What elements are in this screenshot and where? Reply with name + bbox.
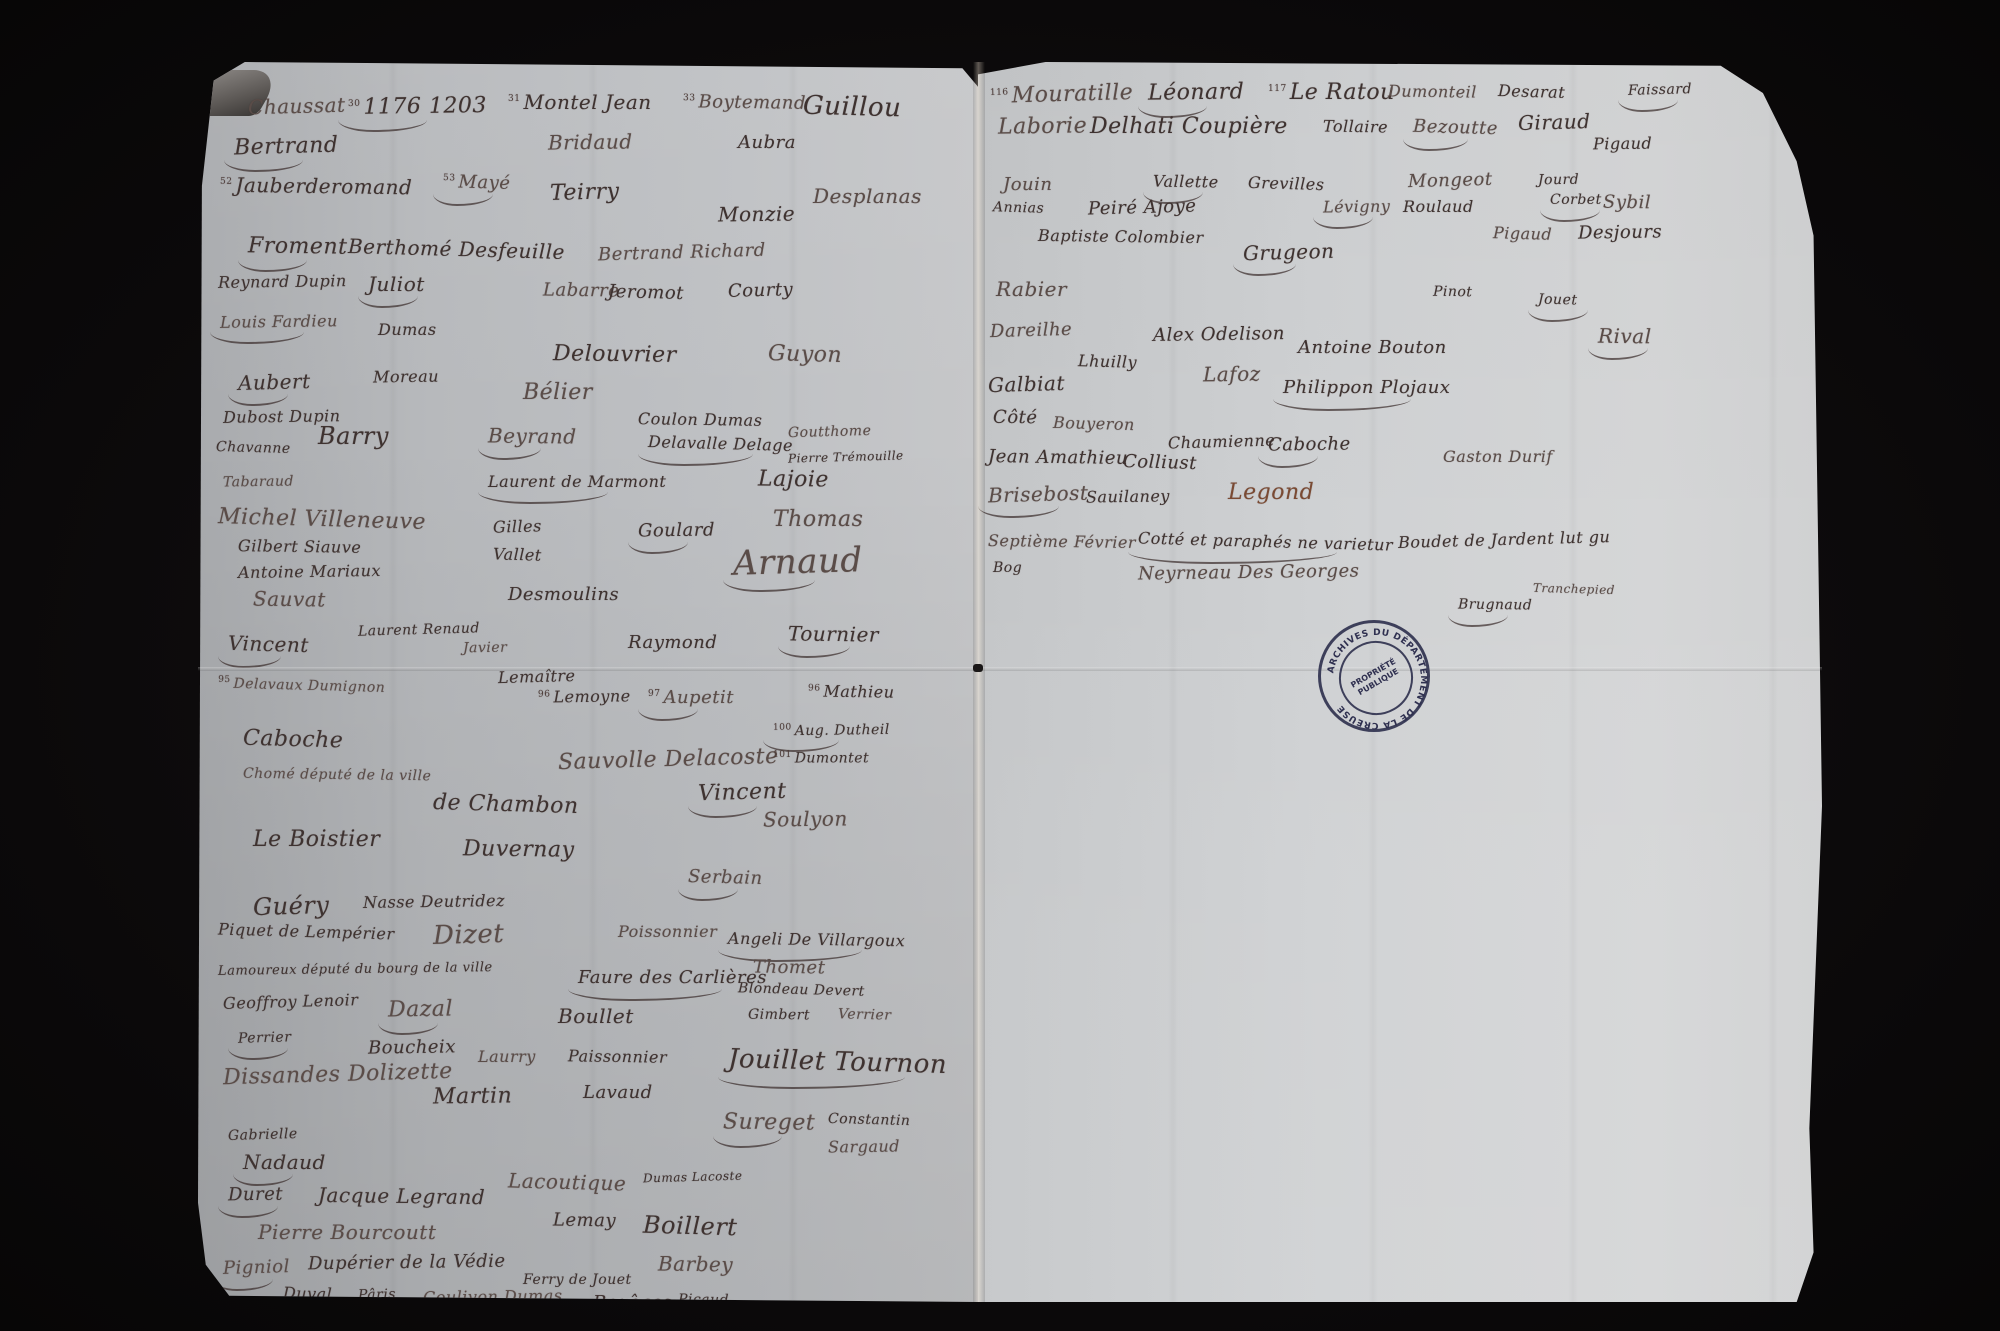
signature: Grevilles xyxy=(1248,173,1325,194)
signature: Neyrneau Des Georges xyxy=(1138,560,1360,584)
signature-text: Jourd xyxy=(1538,172,1579,189)
signature-text: Coulivon Dumas xyxy=(423,1286,563,1302)
signature: Constantin xyxy=(828,1111,911,1129)
signature-text: Lajoie xyxy=(758,467,829,493)
signature: Lafoz xyxy=(1203,362,1261,387)
signature-text: Jacque Legrand xyxy=(318,1183,485,1209)
signature: Bezoutte xyxy=(1413,116,1498,139)
signature: Rabier xyxy=(996,277,1067,301)
signature-text: Lévigny xyxy=(1323,197,1391,217)
signature: Dumas Lacoste xyxy=(643,1169,743,1186)
signature: Chaussat xyxy=(248,93,346,120)
signature-text: Antoine Bouton xyxy=(1298,337,1447,358)
signature: Gilbert Siauve xyxy=(238,536,362,557)
signature: Philippon Plojaux xyxy=(1283,377,1450,398)
signature: Jourd xyxy=(1538,172,1579,189)
signature-text: Aug. Dutheil xyxy=(795,722,890,739)
signature: Antoine Mariaux xyxy=(238,561,381,582)
signature-text: Tabaraud xyxy=(223,474,294,491)
signature-text: Laurent Renaud xyxy=(358,620,480,639)
signature-text: Gaston Durif xyxy=(1443,447,1553,466)
signature: Tabaraud xyxy=(223,474,294,491)
signature: Pinot xyxy=(1433,284,1473,301)
signature: Reynard Dupin xyxy=(218,271,347,292)
signature-text: Mongeot xyxy=(1408,169,1493,192)
signature-text: Serbain xyxy=(688,866,763,889)
signature-text: Nasse Deutridez xyxy=(363,891,505,912)
signature-text: Aubra xyxy=(738,132,796,153)
signature-text: Chavanne xyxy=(216,439,291,457)
signature-text: Sargaud xyxy=(828,1136,900,1156)
signature-text: Le Boistier xyxy=(253,827,380,852)
signature-text: Mayé xyxy=(458,171,511,193)
signature: Tranchepied xyxy=(1533,581,1615,597)
signature-text: Tournier xyxy=(788,621,879,646)
signature-text: Baptiste Colombier xyxy=(1038,226,1204,247)
signature: 100Aug. Dutheil xyxy=(773,721,890,739)
signature: Goulard xyxy=(638,519,715,541)
signature-text: Chaussat xyxy=(248,93,346,120)
signature-text: Mouratille xyxy=(1011,80,1133,108)
signature-text: Duret xyxy=(228,1184,283,1206)
signature: Alex Odelison xyxy=(1153,323,1285,346)
signature-text: Nadaud xyxy=(243,1150,326,1174)
signature: Pigniol xyxy=(223,1256,290,1279)
signature: Le Boistier xyxy=(253,827,380,852)
signature: Bozâges xyxy=(593,1292,672,1302)
signature: Lemay xyxy=(553,1210,616,1232)
signature: Gimbert xyxy=(748,1007,810,1024)
signature-text: Philippon Plojaux xyxy=(1283,377,1450,398)
signature: Vincent xyxy=(698,779,787,806)
signature: Nasse Deutridez xyxy=(363,891,505,912)
signature-text: Aupetit xyxy=(663,687,734,708)
signature-text: Galbiat xyxy=(988,371,1066,397)
signature-text: Peiré Ajoye xyxy=(1088,195,1197,219)
signature-text: Vincent xyxy=(228,631,309,657)
signature: Desplanas xyxy=(813,184,922,208)
signature: Perrier xyxy=(238,1029,292,1046)
signature-text: Caboche xyxy=(243,726,344,754)
signature: Desarat xyxy=(1498,81,1566,102)
signature: Courty xyxy=(728,279,794,302)
signature: Laurent de Marmont xyxy=(488,472,666,491)
signature-text: Tranchepied xyxy=(1533,581,1615,597)
signature: Jouin xyxy=(1003,174,1053,195)
signature: Bog xyxy=(993,560,1022,576)
signature: Annias xyxy=(993,199,1045,216)
signature-text: Thomet xyxy=(753,956,826,978)
signature: Mongeot xyxy=(1408,169,1493,192)
signature: Bridaud xyxy=(548,129,633,154)
signature-text: Montel Jean xyxy=(523,90,651,114)
signature: Sargaud xyxy=(828,1136,900,1156)
signature: Tournier xyxy=(788,621,879,646)
signature: Dumas xyxy=(378,320,437,339)
signature-text: Caboche xyxy=(1268,433,1351,455)
signature: Roulaud xyxy=(1403,197,1474,216)
signature-text: Pinot xyxy=(1433,284,1473,301)
signature: Javier xyxy=(463,640,508,657)
signature: Laborie xyxy=(998,113,1087,139)
signature: Pigaud xyxy=(1593,134,1652,154)
signature: Vincent xyxy=(228,631,309,657)
signature-text: Angeli De Villargoux xyxy=(728,929,906,950)
signature: Martin xyxy=(433,1083,513,1109)
signature: Giraud xyxy=(1518,109,1591,135)
signature: Juliot xyxy=(368,272,425,296)
signature-text: Pigaud xyxy=(1493,223,1553,244)
signature-text: Goulard xyxy=(638,519,715,541)
signature-text: Septième Février xyxy=(988,531,1136,552)
signature: Bertrand xyxy=(234,133,339,161)
signature-text: Sybil xyxy=(1603,192,1651,214)
signature: Dupérier de la Védie xyxy=(308,1251,506,1275)
signature-text: Dumontet xyxy=(795,751,870,767)
signature-text: Pierre Bourcoutt xyxy=(258,1220,436,1244)
signature: Gaston Durif xyxy=(1443,447,1553,466)
signature: Brugnaud xyxy=(1458,596,1533,613)
signature: 96Lemoyne xyxy=(538,686,631,706)
signature-text: Pigniol xyxy=(223,1256,290,1279)
signature-text: Chomé député de la ville xyxy=(243,766,432,785)
signature-text: Jouet xyxy=(1538,291,1578,308)
signature-text: Monzie xyxy=(718,201,795,226)
signature-text: Verrier xyxy=(838,1006,892,1023)
signature-text: Jauberderomand xyxy=(235,173,412,199)
signature: Dazal xyxy=(388,997,453,1023)
signature: Chaumienne xyxy=(1168,431,1276,453)
signature-number: 116 xyxy=(990,87,1009,98)
signature: Laurent Renaud xyxy=(358,620,480,639)
signature-text: Paissonnier xyxy=(568,1046,667,1066)
signature: Lacoutique xyxy=(508,1168,627,1195)
signature-text: Antoine Mariaux xyxy=(238,561,381,582)
signature: Monzie xyxy=(718,201,795,226)
signature-text: Raymond xyxy=(628,632,717,653)
signature: Pierre Bourcoutt xyxy=(258,1220,436,1244)
signature-text: Colliust xyxy=(1123,451,1198,474)
signature-text: Desjours xyxy=(1578,221,1662,243)
signature: Dareilhe xyxy=(990,319,1073,342)
signature: Paissonnier xyxy=(568,1046,667,1066)
signature: Geoffroy Lenoir xyxy=(223,990,359,1013)
signature-text: Léonard xyxy=(1148,79,1245,105)
signature-text: Vincent xyxy=(698,779,787,806)
signature-text: Dupérier de la Védie xyxy=(308,1251,506,1275)
signature: Teirry xyxy=(550,179,620,206)
signature-text: Gabrielle xyxy=(228,1126,298,1144)
signature-text: Courty xyxy=(728,279,794,302)
manuscript-sheet: Chaussat301176 120331Montel Jean33Boytem… xyxy=(198,62,1822,1302)
signature-text: Bozâges xyxy=(593,1292,672,1302)
signature: Duret xyxy=(228,1184,283,1206)
signature: Laurry xyxy=(478,1047,536,1066)
signature-number: 53 xyxy=(443,173,456,183)
signature: Tollaire xyxy=(1323,117,1388,137)
signature-number: 101 xyxy=(773,750,792,760)
signature-text: Gilbert Siauve xyxy=(238,536,362,557)
signature: Vallette xyxy=(1153,172,1219,192)
signature-number: 97 xyxy=(648,689,660,699)
signature-text: Desplanas xyxy=(813,184,922,208)
signature-text: Javier xyxy=(463,640,508,657)
signature: Jeromot xyxy=(608,281,685,304)
signature: Léonard xyxy=(1148,79,1245,105)
signature: Barry xyxy=(318,422,389,450)
signature-text: Louis Fardieu xyxy=(220,311,338,332)
signature-text: Poissonnier xyxy=(618,922,717,941)
signature: Chavanne xyxy=(216,439,291,457)
signature: Froment xyxy=(248,233,348,259)
signature-text: Boillert xyxy=(643,1211,738,1242)
signature-text: 1176 1203 xyxy=(363,93,487,120)
signature: Sauvat xyxy=(253,586,326,611)
signature: Poissonnier xyxy=(618,922,717,941)
signature-text: Martin xyxy=(433,1083,513,1109)
signature: Antoine Bouton xyxy=(1298,337,1447,358)
signature: Delhati Coupière xyxy=(1090,114,1288,139)
signature-text: Sauilaney xyxy=(1086,486,1170,506)
signature: 31Montel Jean xyxy=(508,90,652,114)
signature-text: Dizet xyxy=(433,919,505,951)
signature-text: Bertrand xyxy=(234,133,339,161)
signature-text: Le Ratou xyxy=(1290,80,1395,105)
signature: Boullet xyxy=(558,1004,634,1028)
signature-text: Jean Amathieu xyxy=(988,446,1128,469)
signature: Jouet xyxy=(1538,291,1578,308)
signature: 97Aupetit xyxy=(648,687,734,708)
center-fold xyxy=(973,62,985,1302)
signature-text: Gimbert xyxy=(748,1007,810,1024)
signature: Bouyeron xyxy=(1053,413,1135,434)
signature-text: Alex Odelison xyxy=(1153,323,1285,346)
signature: Gilles xyxy=(493,516,542,536)
signature: Aubra xyxy=(738,132,796,153)
signature: Soulyon xyxy=(763,806,848,831)
signature: 117Le Ratou xyxy=(1268,80,1395,105)
signature: Guéry xyxy=(253,891,330,921)
signature-text: Dumas xyxy=(378,320,437,339)
signature: Brisebost xyxy=(988,481,1089,508)
signature-text: Roulaud xyxy=(1403,197,1474,216)
signature-text: Bridaud xyxy=(548,129,633,154)
signature-text: Lemay xyxy=(553,1210,616,1232)
signature: Baptiste Colombier xyxy=(1038,226,1204,247)
signature: Faissard xyxy=(1628,81,1692,99)
signature-text: Dareilhe xyxy=(990,319,1073,342)
signature: 33Boytemand xyxy=(683,91,806,114)
signature-text: Jouillet Tournon xyxy=(728,1044,948,1080)
signature: Coulon Dumas xyxy=(638,409,763,430)
signature-number: 96 xyxy=(538,689,551,699)
signature-number: 33 xyxy=(683,93,696,103)
signature-text: Mathieu xyxy=(823,682,894,702)
signature: Beyrand xyxy=(488,423,577,448)
signature: Delouvrier xyxy=(553,341,677,368)
signature-number: 100 xyxy=(773,723,792,733)
signature: Verrier xyxy=(838,1006,892,1023)
signature: Sauilaney xyxy=(1086,486,1170,506)
signature: Desjours xyxy=(1578,221,1662,243)
horizontal-fold xyxy=(198,667,1822,671)
signature-text: Lhuilly xyxy=(1078,351,1138,372)
signature: Legond xyxy=(1228,480,1314,505)
signature: Goutthome xyxy=(788,423,872,441)
signature-text: Neyrneau Des Georges xyxy=(1138,560,1360,584)
signature: Peiré Ajoye xyxy=(1088,195,1197,219)
signature-number: 95 xyxy=(218,675,231,685)
signature-text: Perrier xyxy=(238,1029,292,1046)
signature: Moreau xyxy=(373,367,439,387)
signature: Chomé député de la ville xyxy=(243,766,432,785)
signature: Sureget xyxy=(723,1109,816,1135)
signature-text: Grugeon xyxy=(1243,239,1335,266)
signature: Aubert xyxy=(238,369,311,395)
signature-text: Goutthome xyxy=(788,423,872,441)
signature: 52Jauberderomand xyxy=(220,173,413,200)
signature: Raymond xyxy=(628,632,717,653)
signature: Gabrielle xyxy=(228,1126,298,1144)
signature-text: Delavalle Delage xyxy=(648,432,793,455)
signature: Septième Février xyxy=(988,531,1136,552)
signature-text: Coulon Dumas xyxy=(638,409,763,430)
signature-number: 31 xyxy=(508,94,520,104)
signature-text: Jeromot xyxy=(608,281,685,304)
signature-text: Boucheix xyxy=(368,1036,456,1058)
signature-number: 52 xyxy=(220,177,233,187)
signature-text: Reynard Dupin xyxy=(218,271,347,292)
signature-text: Faissard xyxy=(1628,81,1692,99)
signature: Côté xyxy=(993,407,1038,429)
signature-number: 117 xyxy=(1268,84,1287,94)
signature-text: Bouyeron xyxy=(1053,413,1135,434)
signature-text: Teirry xyxy=(550,179,620,206)
signature: Lavaud xyxy=(583,1082,653,1103)
signature: 96Mathieu xyxy=(808,681,895,701)
signature-number: 96 xyxy=(808,683,821,693)
signature-text: Lemoyne xyxy=(553,686,630,706)
signature-text: Barry xyxy=(318,422,389,450)
signature: Duval xyxy=(283,1283,333,1302)
signature: Desmoulins xyxy=(508,584,619,605)
signature: Corbet xyxy=(1550,192,1602,208)
signature: Lajoie xyxy=(758,467,829,493)
signature: Angeli De Villargoux xyxy=(728,929,906,950)
signature-text: Chaumienne xyxy=(1168,431,1276,453)
signature: Louis Fardieu xyxy=(220,311,338,332)
signature-text: Thomas xyxy=(773,507,863,532)
signature-text: Pigaud xyxy=(1593,134,1652,154)
signature-text: Moreau xyxy=(373,367,439,387)
signature-text: de Chambon xyxy=(433,790,579,819)
signature: Grugeon xyxy=(1243,239,1335,266)
signature-text: Brugnaud xyxy=(1458,596,1533,613)
signature: Delavalle Delage xyxy=(648,432,793,455)
signature: Rival xyxy=(1598,324,1652,349)
signature-text: Beyrand xyxy=(488,423,577,448)
signature: Nadaud xyxy=(243,1150,326,1174)
signature-text: Desarat xyxy=(1498,81,1566,102)
left-page: Chaussat301176 120331Montel Jean33Boytem… xyxy=(198,62,978,1302)
signature: Colliust xyxy=(1123,451,1198,474)
signature: Pigaud xyxy=(1493,223,1553,244)
signature-number: 30 xyxy=(348,98,361,108)
signature: Jacque Legrand xyxy=(318,1183,485,1209)
signature-text: Boytemand xyxy=(698,91,806,113)
signature-text: Froment xyxy=(248,233,348,259)
signature: Jouillet Tournon xyxy=(728,1044,948,1080)
signature: Duvernay xyxy=(463,836,575,863)
signature: 101Dumontet xyxy=(773,750,869,767)
signature-text: Côté xyxy=(993,407,1038,429)
signature-text: Jouin xyxy=(1003,174,1053,195)
signature-text: Geoffroy Lenoir xyxy=(223,990,359,1013)
signature-text: Dazal xyxy=(388,997,453,1023)
signature: 116Mouratille xyxy=(990,80,1134,109)
signature-text: Barbey xyxy=(658,1251,733,1276)
signature-text: Guillou xyxy=(803,91,902,124)
signature-text: Legond xyxy=(1228,480,1314,505)
signature-text: Delhati Coupière xyxy=(1090,114,1288,139)
signature-text: Aubert xyxy=(238,369,311,395)
signature-text: Sauvat xyxy=(253,586,326,611)
signature: Arnaud xyxy=(732,540,863,584)
fold-hole xyxy=(973,664,983,672)
signature: Lhuilly xyxy=(1078,351,1138,372)
signature-text: Arnaud xyxy=(732,540,863,584)
signature-text: Boullet xyxy=(558,1004,634,1028)
signature: Boillert xyxy=(643,1211,738,1242)
signature-text: Guéry xyxy=(253,891,330,921)
signature-text: Constantin xyxy=(828,1111,911,1129)
signature: Picaud xyxy=(678,1292,729,1302)
signature-text: Desmoulins xyxy=(508,584,619,605)
signature: Vallet xyxy=(493,544,542,564)
signature: Bélier xyxy=(523,380,593,405)
signature: Pâris xyxy=(358,1286,396,1302)
signature-text: Laborie xyxy=(998,113,1087,139)
signature: Serbain xyxy=(688,866,763,889)
signature-text: Brisebost xyxy=(988,481,1089,508)
signature: 301176 1203 xyxy=(348,93,487,120)
signature: Thomas xyxy=(773,507,863,532)
signature: Jean Amathieu xyxy=(988,446,1128,469)
signature: Guillou xyxy=(803,91,902,124)
signature-text: Sureget xyxy=(723,1109,816,1135)
signature: Caboche xyxy=(243,726,344,754)
signature-text: Dumonteil xyxy=(1388,81,1477,101)
signature-text: Rival xyxy=(1598,324,1652,349)
signature: Coulivon Dumas xyxy=(423,1286,563,1302)
signature-text: Duvernay xyxy=(463,836,575,863)
signature: Thomet xyxy=(753,956,826,978)
signature: Guyon xyxy=(768,341,843,368)
signature-text: Soulyon xyxy=(763,806,848,831)
signature-text: Bélier xyxy=(523,380,593,405)
signature-text: Lavaud xyxy=(583,1082,653,1103)
signature-text: Vallet xyxy=(493,544,542,564)
signature-text: Tollaire xyxy=(1323,117,1388,137)
signature-text: Guyon xyxy=(768,341,843,368)
signature-text: Laurent de Marmont xyxy=(488,472,666,491)
signature: Boucheix xyxy=(368,1036,456,1058)
signature: Barbey xyxy=(658,1251,733,1276)
signature-text: Corbet xyxy=(1550,192,1602,208)
signature-text: Lacoutique xyxy=(508,1168,627,1195)
signature: 53Mayé xyxy=(443,171,511,194)
signature: Dumonteil xyxy=(1388,81,1477,101)
